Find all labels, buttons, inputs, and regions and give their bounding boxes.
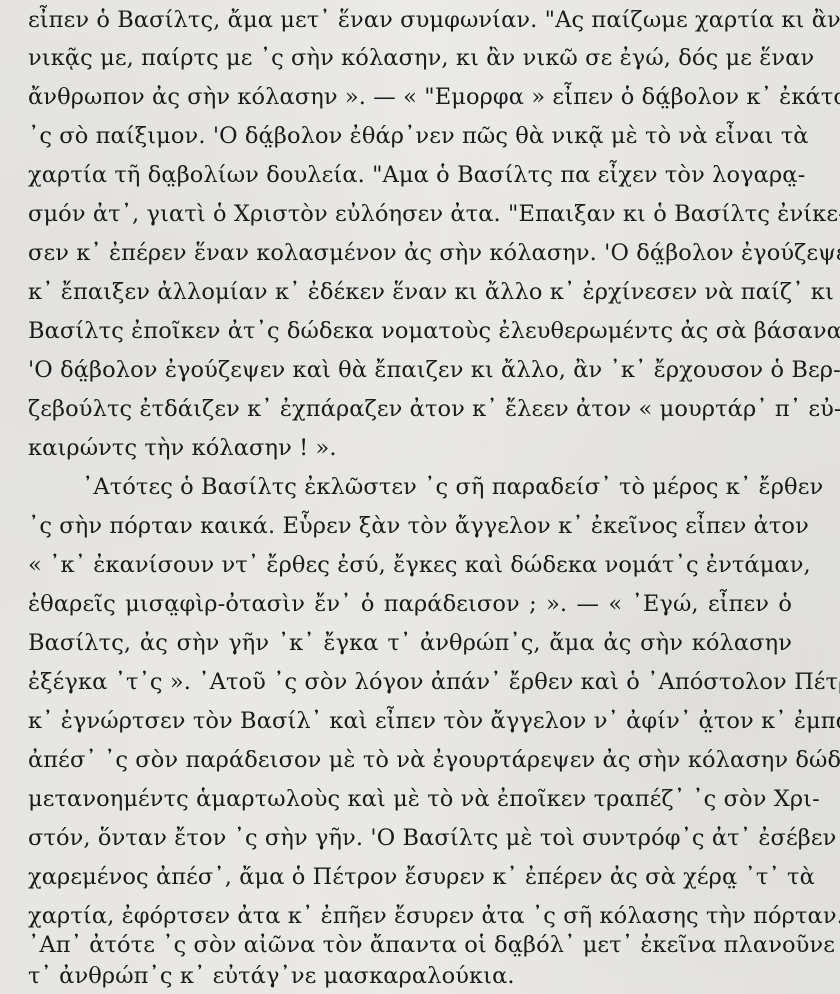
text-line: καιρώντς τὴν κόλασην ! ». bbox=[28, 430, 792, 466]
text-line: ᾽ς σὴν πόρταν καικά. Εὗρεν ξὰν τὸν ἄγγελ… bbox=[28, 508, 792, 544]
text-line: κ᾽ ἐγνώρτσεν τὸν Βασίλ᾽ καὶ εἶπεν τὸν ἄγ… bbox=[28, 703, 792, 739]
scanned-book-page: εἶπεν ὁ Βασίλτς, ἄμα μετ᾽ ἕναν συμφωνίαν… bbox=[0, 0, 840, 994]
text-line: σεν κ᾽ ἐπέρεν ἕναν κολασμένον ἀς σὴν κόλ… bbox=[28, 235, 792, 271]
text-line: ᾽Ατότες ὁ Βασίλτς ἐκλῶστεν ᾽ς σῆ παραδεί… bbox=[82, 469, 792, 505]
text-line: τ᾽ ἀνθρώπ᾽ς κ᾽ εὐτάγ᾽νε μασκαραλούκια. bbox=[28, 958, 792, 994]
text-line: ἀπέσ᾽ ᾽ς σὸν παράδεισον μὲ τὸ νὰ ἐγουρτά… bbox=[28, 742, 792, 778]
text-line: ἄνθρωπον ἀς σὴν κόλασην ». — « "Εμορφα »… bbox=[28, 79, 792, 115]
text-line: « ᾽κ᾽ ἐκανίσουν ντ᾽ ἔρθες ἐσύ, ἔγκες καὶ… bbox=[28, 547, 792, 583]
text-line: Βασίλτς ἐποῖκεν ἀτ᾽ς δώδεκα νοματοὺς ἐλε… bbox=[28, 313, 792, 349]
text-line: χαρτία τῆ δα̤βολίων δουλεία. "Αμα ὁ Βασί… bbox=[28, 157, 792, 193]
text-line: εἶπεν ὁ Βασίλτς, ἄμα μετ᾽ ἕναν συμφωνίαν… bbox=[28, 2, 792, 38]
text-line: Βασίλτς, ἀς σὴν γῆν ᾽κ᾽ ἔγκα τ᾽ ἀνθρώπ᾽ς… bbox=[28, 625, 792, 661]
text-line: ᾽ς σὸ παίξιμον. 'Ο δά̤βολον ἐθάρ᾽νεν πῶς… bbox=[28, 118, 792, 154]
text-line: σμόν ἀτ᾽, γιατὶ ὁ Χριστὸν εὐλόησεν ἀτα. … bbox=[28, 196, 792, 232]
text-line: ζεβούλτς ἐτδάιζεν κ᾽ ἐχπάραζεν ἀτον κ᾽ ἔ… bbox=[28, 391, 792, 427]
text-line: χαρεμένος ἀπέσ᾽, ἄμα ὁ Πέτρον ἔσυρεν κ᾽ … bbox=[28, 859, 792, 895]
text-line: στόν, ὅνταν ἔτον ᾽ς σὴν γῆν. 'Ο Βασίλτς … bbox=[28, 820, 792, 856]
text-line: κ᾽ ἔπαιξεν ἀλλομίαν κ᾽ ἐδέκεν ἕναν κι ἄλ… bbox=[28, 274, 792, 310]
text-line: ἐξέγκα ᾽τ᾽ς ». ᾽Ατοῦ ᾽ς σὸν λόγον ἀπάν᾽ … bbox=[28, 664, 792, 700]
text-line: μετανοημέντς ἁμαρτωλοὺς καὶ μὲ τὸ νὰ ἐπο… bbox=[28, 781, 792, 817]
text-line: 'Ο δά̤βολον ἐγούζεψεν καὶ θὰ ἔπαιζεν κι … bbox=[28, 352, 792, 388]
text-line: ἐθαρεῖς μισα̤φὶρ-ὀτασὶν ἔν᾽ ὁ παράδεισον… bbox=[28, 586, 792, 622]
text-line: νικᾷς με, παίρτς με ᾽ς σὴν κόλασην, κι ἂ… bbox=[28, 40, 792, 76]
